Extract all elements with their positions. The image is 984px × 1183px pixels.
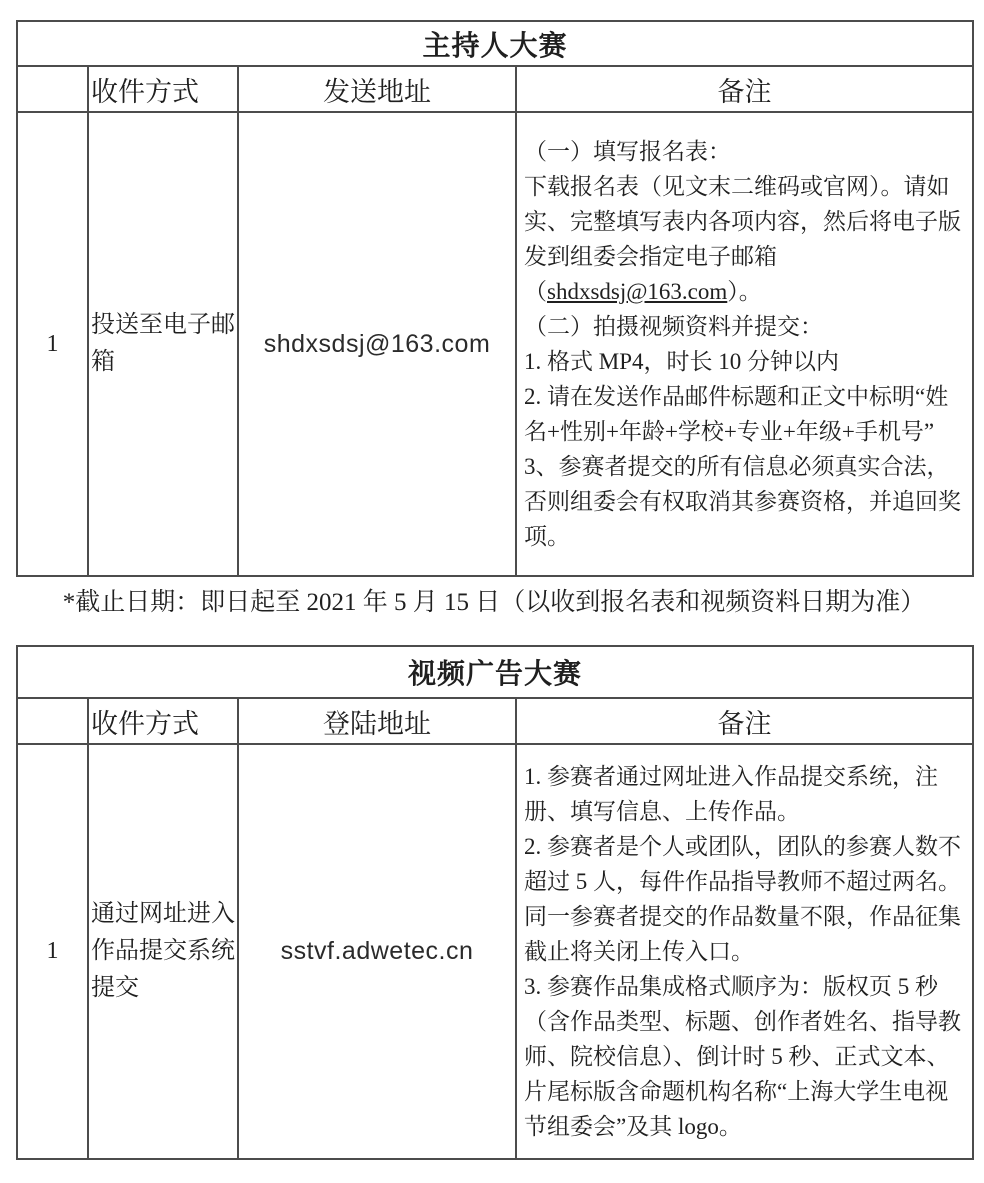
video-table-header-row: 收件方式 登陆地址 备注 (17, 698, 973, 744)
host-col-header-method: 收件方式 (88, 66, 238, 112)
email-link: shdxsdsj@163.com (547, 279, 727, 304)
video-remark-line-3: 3. 参赛作品集成格式顺序为：版权页 5 秒（含作品类型、标题、创作者姓名、指导… (524, 969, 962, 1144)
host-remark-line-5: 2. 请在发送作品邮件标题和正文中标明“姓名+性别+年龄+学校+专业+年级+手机… (524, 379, 962, 449)
host-remark-line-4: 1. 格式 MP4，时长 10 分钟以内 (524, 344, 962, 379)
video-ad-contest-table: 视频广告大赛 收件方式 登陆地址 备注 1 通过网址进入作品提交系统提交 sst… (16, 645, 974, 1160)
deadline-footnote: *截止日期：即日起至 2021 年 5 月 15 日（以收到报名表和视频资料日期… (16, 585, 972, 621)
host-remark-line-1: （一）填写报名表： (524, 134, 962, 169)
video-table-title: 视频广告大赛 (17, 646, 973, 698)
video-row-index: 1 (17, 744, 88, 1159)
video-login-address: sstvf.adwetec.cn (238, 744, 516, 1159)
video-table-title-row: 视频广告大赛 (17, 646, 973, 698)
host-col-header-address: 发送地址 (238, 66, 516, 112)
host-col-header-index (17, 66, 88, 112)
host-row-index: 1 (17, 112, 88, 576)
video-col-header-address: 登陆地址 (238, 698, 516, 744)
scanned-document-page: 主持人大赛 收件方式 发送地址 备注 1 投送至电子邮箱 shdxsdsj@16… (0, 0, 984, 1183)
host-contest-table: 主持人大赛 收件方式 发送地址 备注 1 投送至电子邮箱 shdxsdsj@16… (16, 20, 974, 577)
host-table-header-row: 收件方式 发送地址 备注 (17, 66, 973, 112)
host-table-title-row: 主持人大赛 (17, 21, 973, 66)
video-col-header-method: 收件方式 (88, 698, 238, 744)
host-remark-line-6: 3、参赛者提交的所有信息必须真实合法，否则组委会有权取消其参赛资格，并追回奖项。 (524, 449, 962, 554)
host-send-address: shdxsdsj@163.com (238, 112, 516, 576)
video-remark-line-2: 2. 参赛者是个人或团队，团队的参赛人数不超过 5 人，每件作品指导教师不超过两… (524, 829, 962, 969)
video-remarks-cell: 1. 参赛者通过网址进入作品提交系统，注册、填写信息、上传作品。 2. 参赛者是… (516, 744, 973, 1159)
video-col-header-index (17, 698, 88, 744)
host-table-row: 1 投送至电子邮箱 shdxsdsj@163.com （一）填写报名表： 下载报… (17, 112, 973, 576)
video-delivery-method: 通过网址进入作品提交系统提交 (88, 744, 238, 1159)
host-col-header-remarks: 备注 (516, 66, 973, 112)
host-remarks-cell: （一）填写报名表： 下载报名表（见文末二维码或官网）。请如实、完整填写表内各项内… (516, 112, 973, 576)
video-table-row: 1 通过网址进入作品提交系统提交 sstvf.adwetec.cn 1. 参赛者… (17, 744, 973, 1159)
video-col-header-remarks: 备注 (516, 698, 973, 744)
host-delivery-method: 投送至电子邮箱 (88, 112, 238, 576)
host-remark-line-2: 下载报名表（见文末二维码或官网）。请如实、完整填写表内各项内容，然后将电子版发到… (524, 169, 962, 309)
remark-text: ）。 (727, 279, 762, 304)
video-remark-line-1: 1. 参赛者通过网址进入作品提交系统，注册、填写信息、上传作品。 (524, 759, 962, 829)
host-table-title: 主持人大赛 (17, 21, 973, 66)
host-remark-line-3: （二）拍摄视频资料并提交： (524, 309, 962, 344)
